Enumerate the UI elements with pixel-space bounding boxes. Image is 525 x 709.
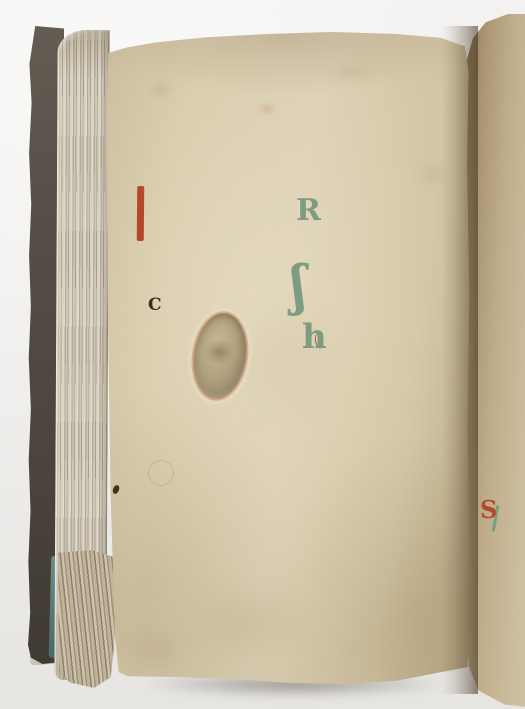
parchment-speck [112, 484, 120, 494]
initial-C-communicantes: C [148, 297, 162, 314]
initial-R-refecti: R [296, 196, 321, 226]
stain [182, 584, 312, 662]
gutter-shadow [442, 26, 478, 694]
stain [120, 624, 190, 674]
initial-long-s-post: ʃ [291, 258, 306, 312]
initial-I-bar [137, 186, 144, 241]
stain [236, 292, 336, 432]
initial-S-right-page: S [480, 498, 497, 522]
red-smudge [258, 103, 276, 115]
stain [330, 64, 376, 80]
initial-h-hec: h [302, 320, 327, 354]
ring-stain [148, 460, 174, 486]
stain [146, 80, 176, 98]
manuscript-photo: ſum. creni. Si ḡ ego laui ueſtros pedes.… [0, 0, 525, 709]
